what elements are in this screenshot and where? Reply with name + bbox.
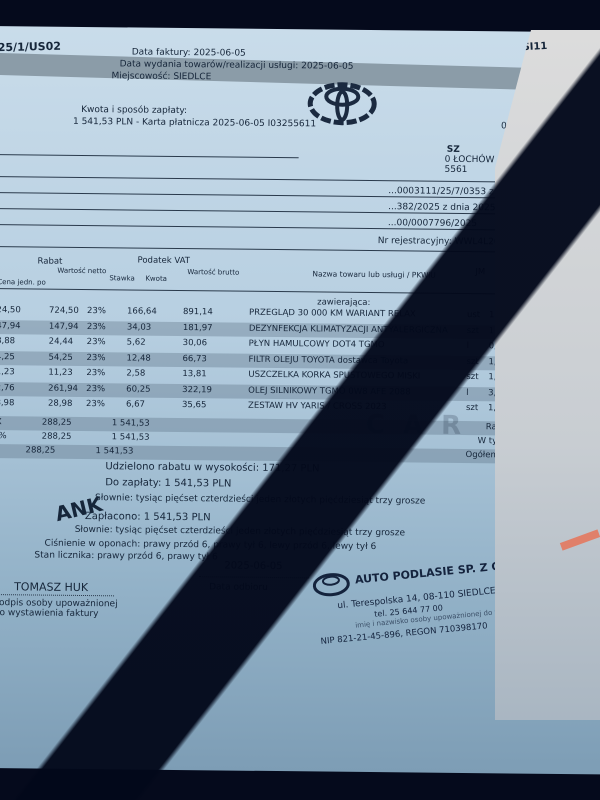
paid-words: Słownie: tysiąc pięćset czterdzieści jed…: [75, 525, 405, 538]
second-page-edge: /03SI11: [495, 30, 600, 720]
cell-net: 724,50: [49, 306, 79, 316]
invoice-number: 25/1/US02: [0, 40, 61, 55]
cell-unit: ust: [467, 310, 480, 320]
cell-unit: l: [467, 341, 469, 351]
header-bar: [0, 53, 590, 92]
header-net-value: Wartość netto: [57, 267, 106, 276]
buyer-city: 0 ŁOCHÓW: [445, 155, 495, 166]
cell-net-unit: 147,94: [0, 321, 21, 331]
cell-rate: 23%: [86, 353, 105, 363]
cell-net: 24,44: [49, 337, 73, 347]
cell-vat: 34,03: [127, 322, 151, 332]
cell-vat: 6,67: [126, 399, 145, 409]
header-name: Nazwa towaru lub usługi / PKWiU: [312, 269, 435, 279]
cell-rate: 23%: [86, 384, 105, 394]
cell-gross: 891,14: [183, 307, 213, 317]
header-vat-amount: Kwota: [145, 275, 167, 283]
cell-rate: 23%: [87, 322, 106, 332]
header-vat-rate: Stawka: [109, 274, 135, 282]
header-unit: JM: [475, 267, 485, 277]
cell-name: DEZYNFEKCJA KLIMATYZACJI ANTYALERGICZNA: [249, 323, 448, 335]
stamp-logo-icon: [310, 570, 352, 600]
cell-name: PRZEGLĄD 30 000 KM WARIANT RELAX: [249, 308, 416, 320]
issuer-caption-2: do wystawienia faktury: [0, 608, 99, 619]
cell-net: 261,94: [48, 383, 78, 393]
watermark: CAR: [366, 410, 480, 441]
cell-net: 54,25: [48, 352, 72, 362]
cell-rate: 23%: [87, 306, 106, 316]
cell-gross: 35,65: [182, 400, 206, 410]
cell-net: 11,23: [48, 368, 72, 378]
to-pay-words: Słownie: tysiąc pięćset czterdzieści jed…: [95, 493, 425, 506]
cell-vat: 166,64: [127, 306, 157, 316]
cell-gross: 30,06: [183, 338, 207, 348]
cell-name: USZCZELKA KORKA SPUSTOWEGO MISKI: [248, 370, 420, 382]
toyota-logo-icon: [307, 81, 377, 126]
cell-name: PŁYN HAMULCOWY DOT4 TGMO: [249, 339, 385, 350]
cell-name: FILTR OLEJU TOYOTA dostawca Toyota: [248, 354, 408, 366]
cell-net-unit: 11,23: [0, 367, 15, 377]
line-items: 724,50724,5023%166,64891,14PRZEGLĄD 30 0…: [0, 26, 600, 33]
header-vat: Podatek VAT: [137, 256, 190, 267]
payment-label: Kwota i sposób zapłaty:: [81, 105, 187, 116]
cell-unit: l: [466, 388, 468, 398]
cell-net-unit: 724,50: [0, 305, 21, 315]
cell-vat: 2,58: [126, 368, 145, 378]
cell-rate: 23%: [87, 337, 106, 347]
cell-qty: 1: [489, 310, 495, 320]
cell-name: OLEJ SILNIKOWY TGMO 0W8 AFE 2088: [248, 385, 411, 397]
cell-net-unit: 28,98: [0, 398, 14, 408]
cell-net-unit: 72,76: [0, 383, 15, 393]
cell-vat: 5,62: [127, 337, 146, 347]
cell-unit: szt: [466, 357, 478, 367]
cell-vat: 12,48: [126, 353, 150, 363]
tires-line: Ciśnienie w oponach: prawy przód 6, praw…: [45, 539, 377, 552]
header-discount: Rabat: [37, 257, 62, 267]
cell-rate: 23%: [86, 399, 105, 409]
cell-rate: 23%: [86, 368, 105, 378]
receipt-caption: Data odbioru: [209, 582, 268, 593]
place: Miejscowość: SIEDLCE: [111, 71, 211, 82]
cell-gross: 13,81: [182, 369, 206, 379]
reference-3: ...00/0007796/2025: [388, 218, 477, 229]
to-pay: Do zapłaty: 1 541,53 PLN: [105, 477, 231, 489]
header-gross: Wartość brutto: [187, 268, 239, 277]
cell-net: 28,98: [48, 399, 72, 409]
payment-value: 1 541,53 PLN - Karta płatnicza 2025-06-0…: [73, 117, 316, 130]
buyer-code: 5561: [444, 165, 467, 175]
cell-unit: szt: [466, 372, 478, 382]
discount-line: Udzielono rabatu w wysokości: 171,27 PLN: [105, 461, 319, 474]
receipt-date: 2025-06-05: [224, 560, 282, 572]
issuer-name: TOMASZ HUK: [14, 580, 88, 594]
invoice-date: Data faktury: 2025-06-05: [132, 47, 246, 58]
odometer-line: Stan licznika: prawy przód 6, prawy tył …: [34, 550, 217, 562]
cell-net-unit: 48,88: [0, 336, 15, 346]
cell-unit: szt: [467, 326, 479, 336]
cell-net-unit: 54,25: [0, 352, 15, 362]
buyer-name: SZ: [447, 145, 460, 155]
cell-gross: 181,97: [183, 323, 213, 333]
cell-gross: 322,19: [182, 385, 212, 395]
section-label: zawierająca:: [317, 297, 370, 308]
cell-net: 147,94: [49, 321, 79, 331]
cell-gross: 66,73: [182, 354, 206, 364]
header-unit-price-after: Cena jedn. po: [0, 278, 46, 287]
cell-vat: 60,25: [126, 384, 150, 394]
